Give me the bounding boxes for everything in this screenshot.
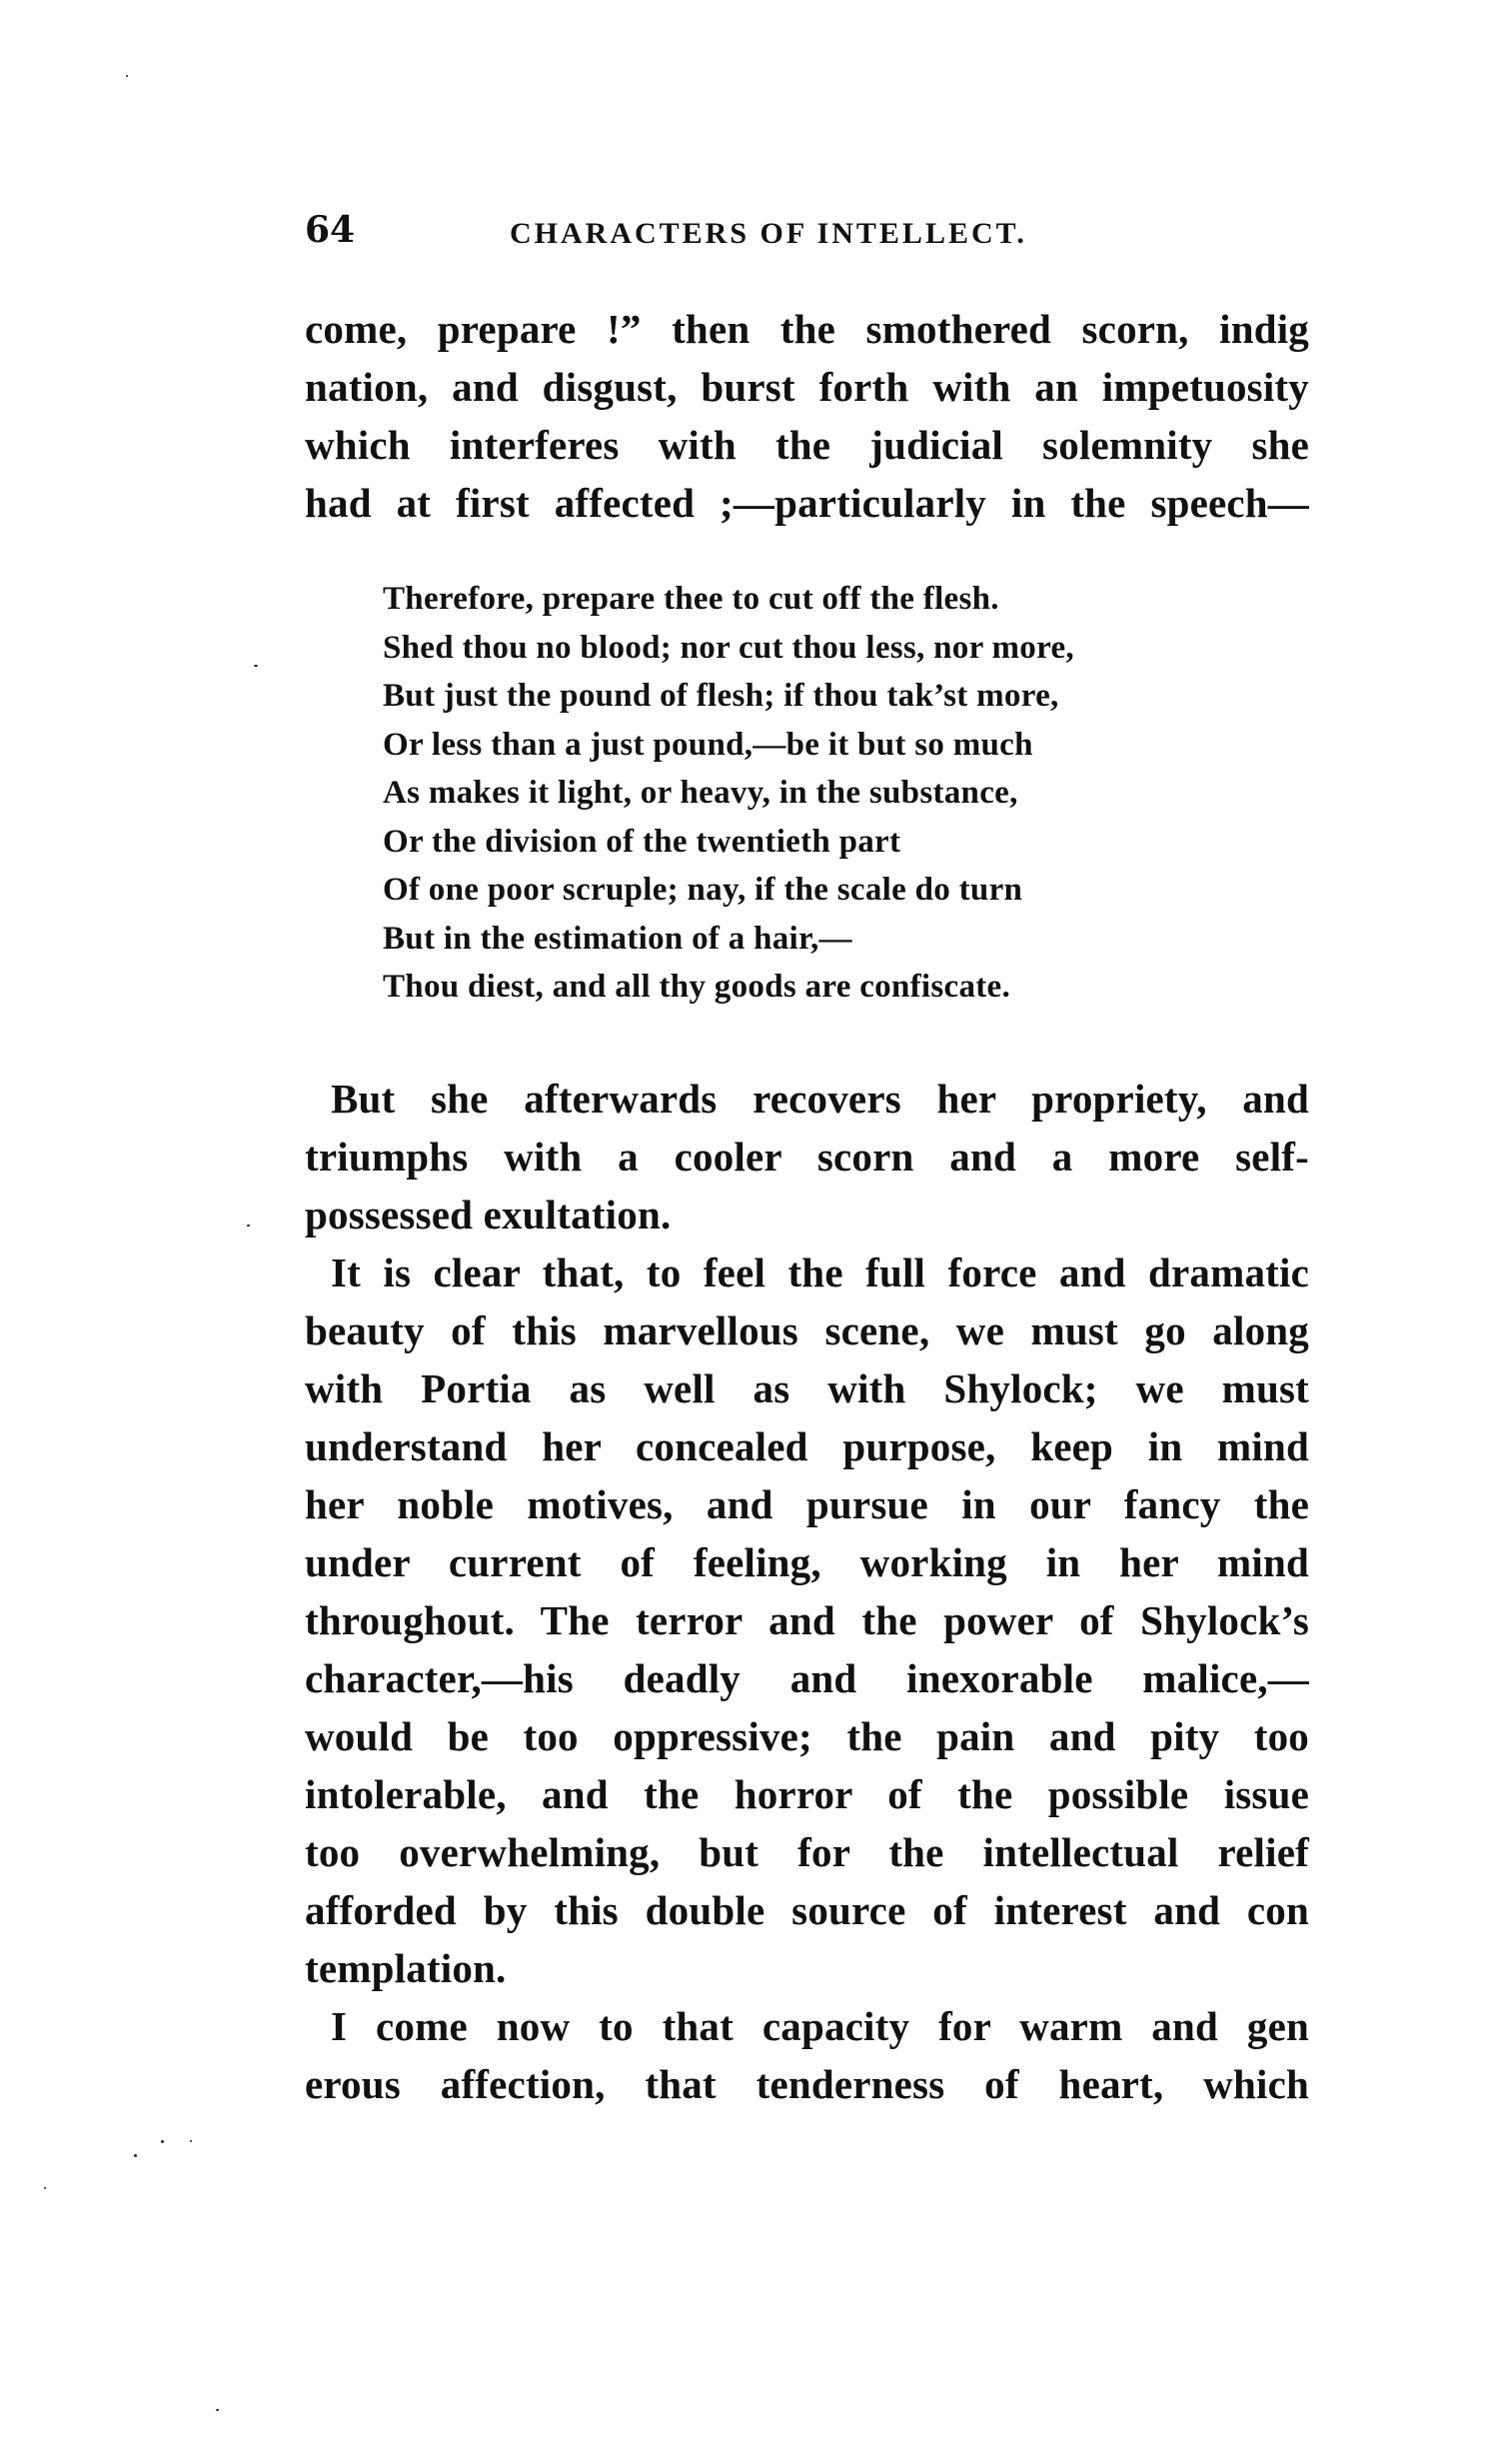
text-line: triumphs with a cooler scorn and a more … (305, 1128, 1309, 1186)
text-line: her noble motives, and pursue in our fan… (305, 1475, 1309, 1533)
verse-line: But just the pound of flesh; if thou tak… (383, 672, 1282, 721)
paragraph-dramatic-beauty: It is clear that, to feel the full force… (305, 1243, 1309, 1997)
running-head: 64 CHARACTERS OF INTELLECT. (305, 205, 1309, 255)
verse-line: Or less than a just pound,—be it but so … (383, 721, 1282, 770)
text-line: templation. (305, 1939, 1309, 1997)
scan-speck (126, 75, 128, 77)
scan-speck (134, 2154, 137, 2157)
scan-speck (216, 2409, 219, 2411)
text-line: too overwhelming, but for the intellectu… (305, 1823, 1309, 1881)
page-number: 64 (305, 205, 355, 255)
text-line: under current of feeling, working in her… (305, 1533, 1309, 1591)
verse-line: Thou diest, and all thy goods are confis… (383, 963, 1282, 1012)
verse-line: Therefore, prepare thee to cut off the f… (383, 575, 1282, 624)
text-line: come, prepare !” then the smothered scor… (305, 300, 1309, 358)
scan-speck (247, 1225, 250, 1227)
text-line: I come now to that capacity for warm and… (305, 1997, 1309, 2055)
text-line: character,—his deadly and inexorable mal… (305, 1649, 1309, 1707)
text-line: had at first affected ;—particularly in … (305, 474, 1309, 532)
text-line: which interferes with the judicial solem… (305, 416, 1309, 474)
text-line: nation, and disgust, burst forth with an… (305, 358, 1309, 416)
scan-speck (161, 2140, 164, 2143)
verse-line: Or the division of the twentieth part (383, 818, 1282, 867)
text-line: understand her concealed purpose, keep i… (305, 1417, 1309, 1475)
text-line: But she afterwards recovers her propriet… (305, 1070, 1309, 1128)
text-line: would be too oppressive; the pain and pi… (305, 1707, 1309, 1765)
verse-line: Of one poor scruple; nay, if the scale d… (383, 866, 1282, 915)
text-line: beauty of this marvellous scene, we must… (305, 1301, 1309, 1359)
verse-line: As makes it light, or heavy, in the subs… (383, 769, 1282, 818)
verse-line: Shed thou no blood; nor cut thou less, n… (383, 624, 1282, 673)
text-line: throughout. The terror and the power of … (305, 1591, 1309, 1649)
book-page: 64 CHARACTERS OF INTELLECT. come, prepar… (0, 0, 1512, 2454)
text-line: afforded by this double source of intere… (305, 1881, 1309, 1939)
scan-speck (190, 2140, 192, 2142)
running-title: CHARACTERS OF INTELLECT. (510, 209, 1027, 259)
scan-speck (254, 665, 258, 667)
scan-speck (44, 2187, 46, 2189)
paragraph-affection: I come now to that capacity for warm and… (305, 1997, 1309, 2113)
text-line: with Portia as well as with Shylock; we … (305, 1359, 1309, 1417)
text-line: It is clear that, to feel the full force… (305, 1243, 1309, 1301)
verse-line: But in the estimation of a hair,— (383, 915, 1282, 964)
paragraph-propriety: But she afterwards recovers her propriet… (305, 1070, 1309, 1243)
text-line: possessed exultation. (305, 1186, 1309, 1243)
verse-quotation: Therefore, prepare thee to cut off the f… (383, 575, 1282, 1012)
text-line: erous affection, that tenderness of hear… (305, 2055, 1309, 2113)
paragraph-continued: come, prepare !” then the smothered scor… (305, 300, 1309, 532)
text-line: intolerable, and the horror of the possi… (305, 1765, 1309, 1823)
